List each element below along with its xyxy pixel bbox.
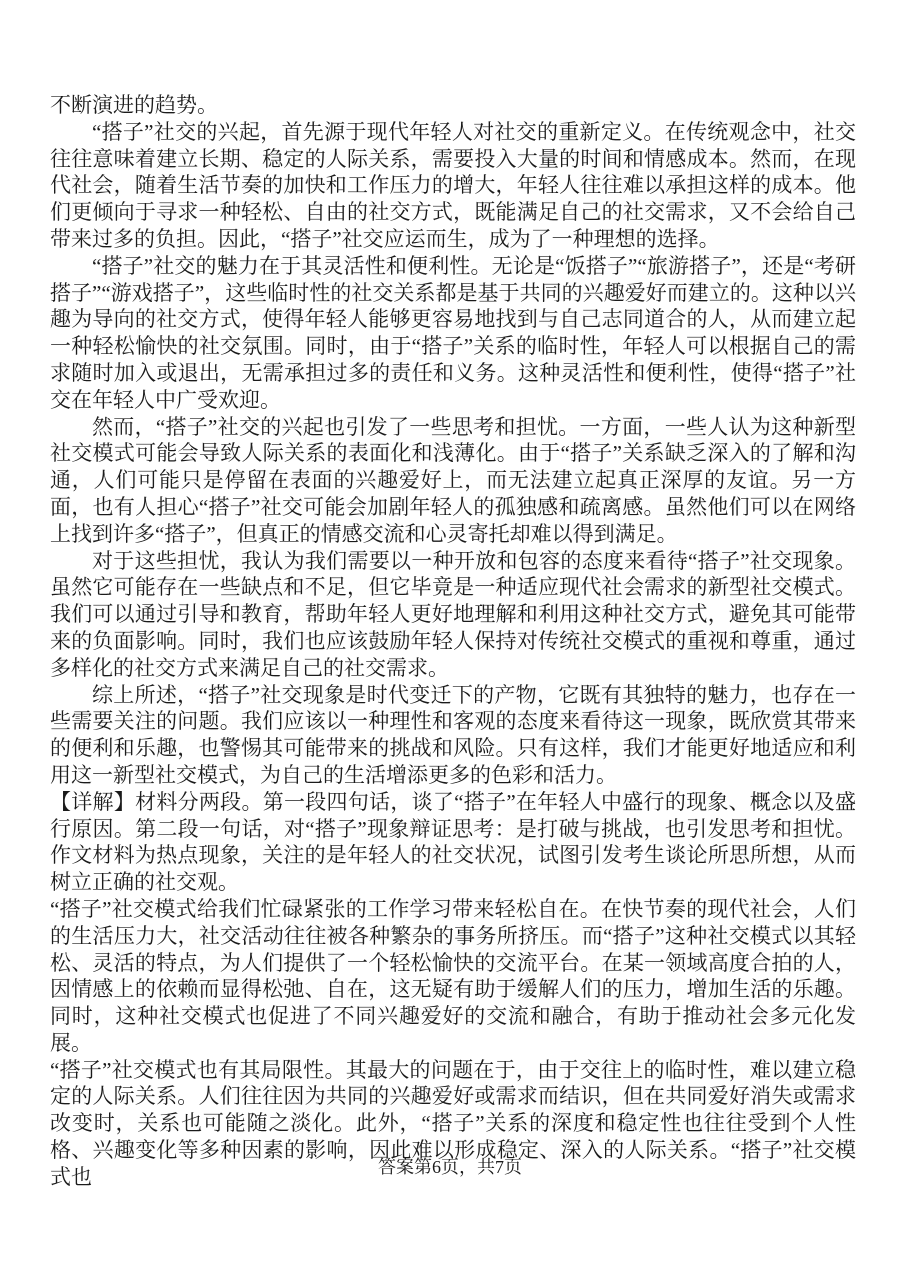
paragraph: 综上所述，“搭子”社交现象是时代变迁下的产物，它既有其独特的魅力，也存在一些需要… bbox=[50, 682, 856, 789]
paragraph: 【详解】材料分两段。第一段四句话，谈了“搭子”在年轻人中盛行的现象、概念以及盛行… bbox=[50, 789, 856, 896]
document-page: 不断演进的趋势。“搭子”社交的兴起，首先源于现代年轻人对社交的重新定义。在传统观… bbox=[0, 0, 900, 1271]
document-body: 不断演进的趋势。“搭子”社交的兴起，首先源于现代年轻人对社交的重新定义。在传统观… bbox=[50, 92, 856, 1191]
paragraph: 对于这些担忧，我认为我们需要以一种开放和包容的态度来看待“搭子”社交现象。虽然它… bbox=[50, 548, 856, 682]
paragraph: 然而，“搭子”社交的兴起也引发了一些思考和担忧。一方面，一些人认为这种新型社交模… bbox=[50, 414, 856, 548]
paragraph: “搭子”社交的兴起，首先源于现代年轻人对社交的重新定义。在传统观念中，社交往往意… bbox=[50, 119, 856, 253]
paragraph: “搭子”社交模式给我们忙碌紧张的工作学习带来轻松自在。在快节奏的现代社会，人们的… bbox=[50, 896, 856, 1057]
paragraph: “搭子”社交的魅力在于其灵活性和便利性。无论是“饭搭子”“旅游搭子”，还是“考研… bbox=[50, 253, 856, 414]
paragraph: 不断演进的趋势。 bbox=[50, 92, 856, 119]
page-footer: 答案第6页，共7页 bbox=[0, 1156, 900, 1178]
